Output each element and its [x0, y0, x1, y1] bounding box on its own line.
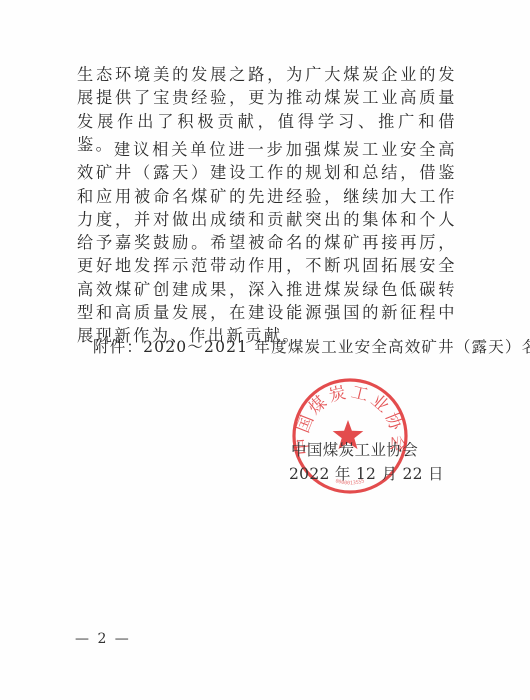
- signature-date: 2022 年 12 月 22 日: [289, 462, 444, 484]
- paragraph-2: 建议相关单位进一步加强煤炭工业安全高效矿井（露天）建设工作的规划和总结，借鉴和应…: [77, 138, 457, 348]
- page-number: — 2 —: [75, 631, 131, 647]
- document-page: 生态环境美的发展之路，为广大煤炭企业的发展提供了宝贵经验，更为推动煤炭工业高质量…: [0, 0, 530, 700]
- signature-organization: 中国煤炭工业协会: [291, 438, 418, 460]
- attachment-line: 附件：2020～2021 年度煤炭工业安全高效矿井（露天）名单: [93, 335, 530, 357]
